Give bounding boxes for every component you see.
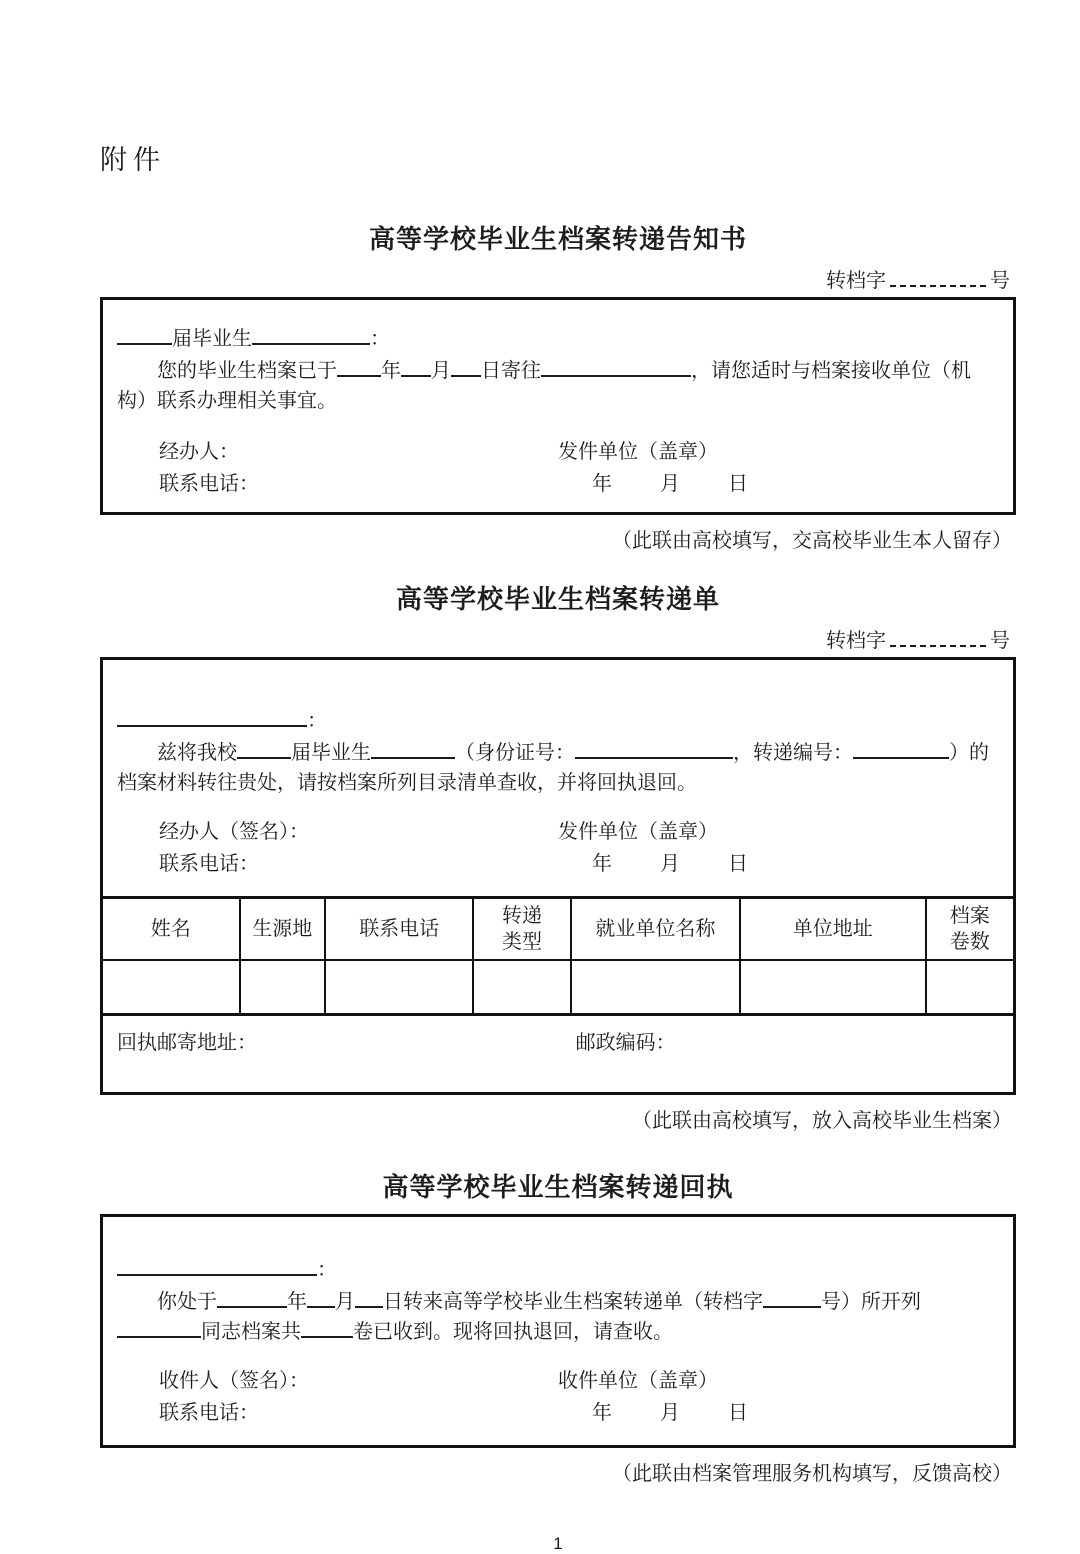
notice-footnote: （此联由高校填写，交高校毕业生本人留存）: [100, 524, 1016, 553]
notice-sign-left: 经办人： 联系电话：: [117, 436, 558, 500]
notice-salutation-text: 届毕业生: [172, 328, 252, 350]
receipt-addressee-blank-field: [117, 1255, 317, 1276]
roster-header-volumes: 档案 卷数: [926, 898, 1013, 961]
transfer-form-body-2: 届毕业生: [291, 742, 371, 764]
receipt-phone-label: 联系电话：: [159, 1397, 558, 1429]
notice-date-line: 年月日: [558, 468, 999, 500]
transfer-roster-table: 姓名 生源地 联系电话 转递 类型 就业单位名称 单位地址 档案 卷数: [103, 896, 1013, 1016]
roster-header-employer: 就业单位名称: [571, 898, 740, 961]
document-page: 附件 高等学校毕业生档案转递告知书 转档字号 届毕业生： 您的毕业生档案已于年月…: [0, 0, 1080, 1527]
transfer-form-addressee-blank-field: [117, 706, 307, 727]
roster-header-row: 姓名 生源地 联系电话 转递 类型 就业单位名称 单位地址 档案 卷数: [103, 898, 1013, 961]
receipt-date-month: 月: [660, 1397, 680, 1429]
roster-header-address: 单位地址: [740, 898, 926, 961]
receipt-body-6: 同志档案共: [201, 1321, 301, 1343]
notice-sign-block: 经办人： 联系电话： 发件单位（盖章） 年月日: [117, 436, 999, 500]
mailing-row: 回执邮寄地址： 邮政编码：: [103, 1016, 1013, 1092]
page-number: 1: [100, 1534, 1016, 1554]
roster-header-phone: 联系电话: [325, 898, 473, 961]
transfer-form-docno-prefix: 转档字: [826, 630, 886, 652]
receipt-title: 高等学校毕业生档案转递回执: [100, 1167, 1016, 1204]
notice-docno-blank-field: [890, 266, 986, 287]
receipt-date-day: 日: [728, 1397, 748, 1429]
notice-date-month: 月: [660, 468, 680, 500]
roster-cell-origin: [240, 960, 326, 1015]
transfer-form-body: 兹将我校届毕业生（身份证号：，转递编号：）的档案材料转往贵处，请按档案所列目录清…: [117, 738, 999, 798]
receipt-sign-block: 收件人（签名）： 联系电话： 收件单位（盖章） 年月日: [117, 1365, 999, 1429]
transfer-form-name-blank-field: [371, 738, 455, 759]
notice-grad-year-blank-field: [117, 324, 172, 345]
attachment-label: 附件: [100, 138, 1016, 177]
receipt-body: 你处于年月日转来高等学校毕业生档案转递单（转档字号）所开列同志档案共卷已收到。现…: [117, 1287, 999, 1347]
transfer-form-phone-label: 联系电话：: [159, 848, 558, 880]
notice-grad-name-blank-field: [252, 324, 370, 345]
transfer-form-salutation: ：: [117, 706, 999, 736]
receipt-year-blank-field: [217, 1287, 287, 1308]
roster-header-origin: 生源地: [240, 898, 326, 961]
roster-empty-row: [103, 960, 1013, 1015]
notice-docno-line: 转档字号: [100, 264, 1010, 293]
transfer-form-box: ： 兹将我校届毕业生（身份证号：，转递编号：）的档案材料转往贵处，请按档案所列目…: [100, 657, 1016, 1095]
receipt-salutation: ：: [117, 1255, 999, 1285]
receipt-body-7: 卷已收到。现将回执退回，请查收。: [353, 1321, 673, 1343]
transfer-form-id-blank-field: [575, 738, 733, 759]
transfer-form-operator-label: 经办人（签名）：: [159, 816, 558, 848]
receipt-month-blank-field: [307, 1287, 335, 1308]
notice-salutation: 届毕业生：: [117, 324, 999, 354]
notice-issuer-label: 发件单位（盖章）: [558, 436, 999, 468]
receipt-body-4: 日转来高等学校毕业生档案转递单（转档字: [383, 1291, 763, 1313]
transfer-form-date-line: 年月日: [558, 848, 999, 880]
transfer-form-sign-block: 经办人（签名）： 联系电话： 发件单位（盖章） 年月日: [117, 816, 999, 880]
transfer-form-docno-blank-field: [890, 626, 986, 647]
roster-header-name: 姓名: [103, 898, 240, 961]
transfer-form-date-month: 月: [660, 848, 680, 880]
notice-phone-label: 联系电话：: [159, 468, 558, 500]
receipt-body-3: 月: [335, 1291, 355, 1313]
receipt-date-line: 年月日: [558, 1397, 999, 1429]
roster-cell-phone: [325, 960, 473, 1015]
receipt-date-year: 年: [592, 1397, 612, 1429]
notice-sign-right: 发件单位（盖章） 年月日: [558, 436, 999, 500]
transfer-form-date-year: 年: [592, 848, 612, 880]
transfer-form-docno-suffix: 号: [990, 630, 1010, 652]
notice-date-day: 日: [728, 468, 748, 500]
receipt-box: ： 你处于年月日转来高等学校毕业生档案转递单（转档字号）所开列同志档案共卷已收到…: [100, 1214, 1016, 1448]
receipt-volumes-blank-field: [301, 1317, 353, 1338]
notice-box: 届毕业生： 您的毕业生档案已于年月日寄往，请您适时与档案接收单位（机构）联系办理…: [100, 297, 1016, 515]
notice-date-year: 年: [592, 468, 612, 500]
receipt-sign-left: 收件人（签名）： 联系电话：: [117, 1365, 558, 1429]
section-receipt: 高等学校毕业生档案转递回执 ： 你处于年月日转来高等学校毕业生档案转递单（转档字…: [100, 1167, 1016, 1486]
notice-body-2: 年: [381, 360, 401, 382]
transfer-form-title: 高等学校毕业生档案转递单: [100, 579, 1016, 616]
notice-body: 您的毕业生档案已于年月日寄往，请您适时与档案接收单位（机构）联系办理相关事宜。: [117, 356, 999, 416]
roster-cell-volumes: [926, 960, 1013, 1015]
transfer-form-body-4: ，转递编号：: [733, 742, 853, 764]
receipt-comrade-blank-field: [117, 1317, 201, 1338]
transfer-form-date-day: 日: [728, 848, 748, 880]
receipt-sign-right: 收件单位（盖章） 年月日: [558, 1365, 999, 1429]
notice-year-blank-field: [337, 356, 381, 377]
notice-body-1: 您的毕业生档案已于: [157, 360, 337, 382]
receipt-footnote: （此联由档案管理服务机构填写，反馈高校）: [100, 1457, 1016, 1486]
notice-title: 高等学校毕业生档案转递告知书: [100, 219, 1016, 256]
receipt-day-blank-field: [355, 1287, 383, 1308]
transfer-form-sign-right: 发件单位（盖章） 年月日: [558, 816, 999, 880]
mailing-address-label: 回执邮寄地址：: [117, 1028, 576, 1058]
receipt-receiver-label: 收件人（签名）：: [159, 1365, 558, 1397]
roster-header-transfer-type: 转递 类型: [473, 898, 570, 961]
notice-day-blank-field: [451, 356, 481, 377]
notice-destination-blank-field: [541, 356, 691, 377]
transfer-form-sign-left: 经办人（签名）： 联系电话：: [117, 816, 558, 880]
receipt-body-1: 你处于: [157, 1291, 217, 1313]
transfer-form-salutation-colon: ：: [307, 710, 327, 732]
transfer-form-body-1: 兹将我校: [157, 742, 237, 764]
roster-cell-name: [103, 960, 240, 1015]
notice-body-3: 月: [431, 360, 451, 382]
transfer-form-issuer-label: 发件单位（盖章）: [558, 816, 999, 848]
section-notice: 高等学校毕业生档案转递告知书 转档字号 届毕业生： 您的毕业生档案已于年月日寄往…: [100, 219, 1016, 553]
receipt-salutation-colon: ：: [317, 1259, 337, 1281]
roster-cell-employer: [571, 960, 740, 1015]
receipt-body-5: 号）所开列: [821, 1291, 921, 1313]
notice-docno-suffix: 号: [990, 270, 1010, 292]
transfer-form-docno-line: 转档字号: [100, 624, 1010, 653]
receipt-unit-label: 收件单位（盖章）: [558, 1365, 999, 1397]
transfer-form-number-blank-field: [853, 738, 949, 759]
roster-cell-transfer-type: [473, 960, 570, 1015]
notice-month-blank-field: [401, 356, 431, 377]
notice-docno-prefix: 转档字: [826, 270, 886, 292]
notice-operator-label: 经办人：: [159, 436, 558, 468]
postal-code-label: 邮政编码：: [576, 1028, 676, 1058]
transfer-form-year-blank-field: [237, 738, 291, 759]
notice-body-4: 日寄往: [481, 360, 541, 382]
section-transfer-form: 高等学校毕业生档案转递单 转档字号 ： 兹将我校届毕业生（身份证号：，转递编号：…: [100, 579, 1016, 1133]
transfer-form-body-3: （身份证号：: [455, 742, 575, 764]
notice-salutation-colon: ：: [370, 328, 390, 350]
roster-cell-address: [740, 960, 926, 1015]
transfer-form-text: ： 兹将我校届毕业生（身份证号：，转递编号：）的档案材料转往贵处，请按档案所列目…: [103, 660, 1013, 880]
receipt-docno-blank-field: [763, 1287, 821, 1308]
receipt-body-2: 年: [287, 1291, 307, 1313]
transfer-form-footnote: （此联由高校填写，放入高校毕业生档案）: [100, 1104, 1016, 1133]
